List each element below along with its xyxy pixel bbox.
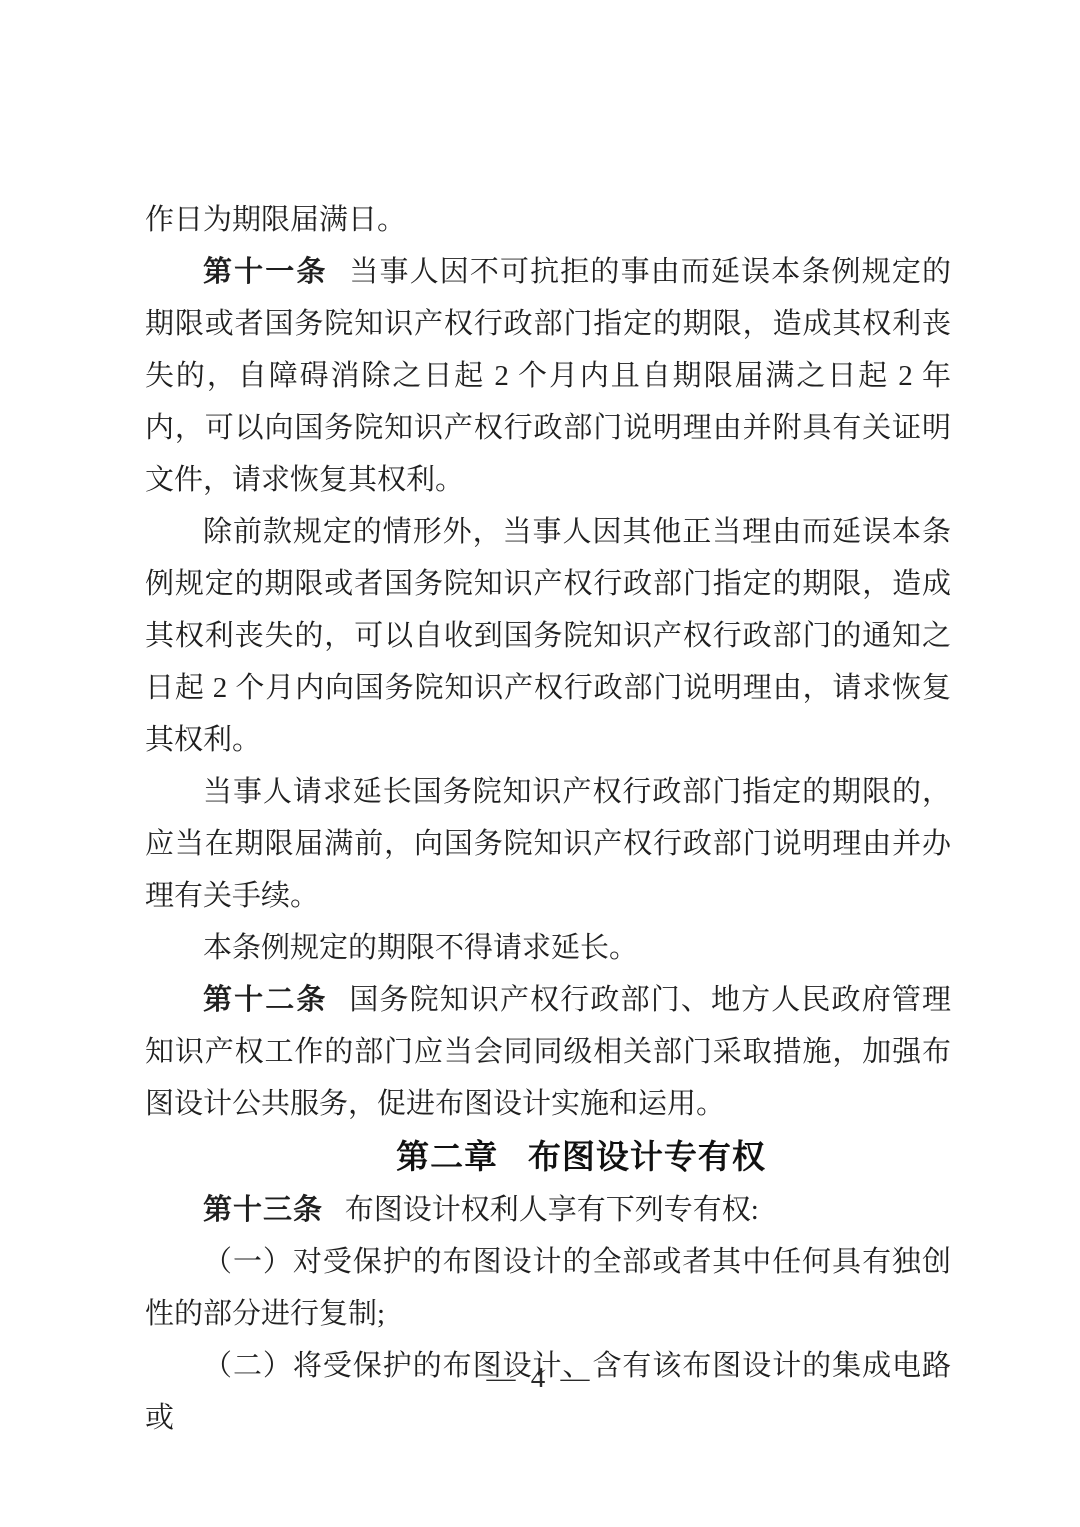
- paragraph-no-extension: 本条例规定的期限不得请求延长。: [145, 922, 951, 974]
- paragraph-article-12: 第十二条国务院知识产权行政部门、地方人民政府管理知识产权工作的部门应当会同同级相…: [145, 974, 951, 1130]
- paragraph-article-11: 第十一条当事人因不可抗拒的事由而延误本条例规定的期限或者国务院知识产权行政部门指…: [145, 246, 951, 506]
- chapter-2-title: 布图设计专有权: [528, 1138, 766, 1175]
- paragraph-item-1: （一）对受保护的布图设计的全部或者其中任何具有独创性的部分进行复制;: [145, 1236, 951, 1340]
- article-13-label: 第十三条: [203, 1194, 323, 1226]
- page-number: — 4 —: [0, 1358, 1080, 1398]
- article-11-label: 第十一条: [203, 256, 328, 288]
- article-11-text: 当事人因不可抗拒的事由而延误本条例规定的期限或者国务院知识产权行政部门指定的期限…: [145, 256, 951, 496]
- article-13-text: 布图设计权利人享有下列专有权:: [345, 1194, 759, 1226]
- paragraph-article-13: 第十三条布图设计权利人享有下列专有权:: [145, 1184, 951, 1236]
- chapter-2-label: 第二章: [396, 1138, 498, 1175]
- paragraph-extension-request: 当事人请求延长国务院知识产权行政部门指定的期限的，应当在期限届满前，向国务院知识…: [145, 766, 951, 922]
- paragraph-other-reason: 除前款规定的情形外，当事人因其他正当理由而延误本条例规定的期限或者国务院知识产权…: [145, 506, 951, 766]
- chapter-2-heading: 第二章布图设计专有权: [145, 1130, 951, 1184]
- paragraph-continuation: 作日为期限届满日。: [145, 194, 951, 246]
- document-body: 作日为期限届满日。 第十一条当事人因不可抗拒的事由而延误本条例规定的期限或者国务…: [145, 194, 951, 1444]
- article-12-label: 第十二条: [203, 984, 328, 1016]
- document-page: 作日为期限届满日。 第十一条当事人因不可抗拒的事由而延误本条例规定的期限或者国务…: [0, 0, 1080, 1527]
